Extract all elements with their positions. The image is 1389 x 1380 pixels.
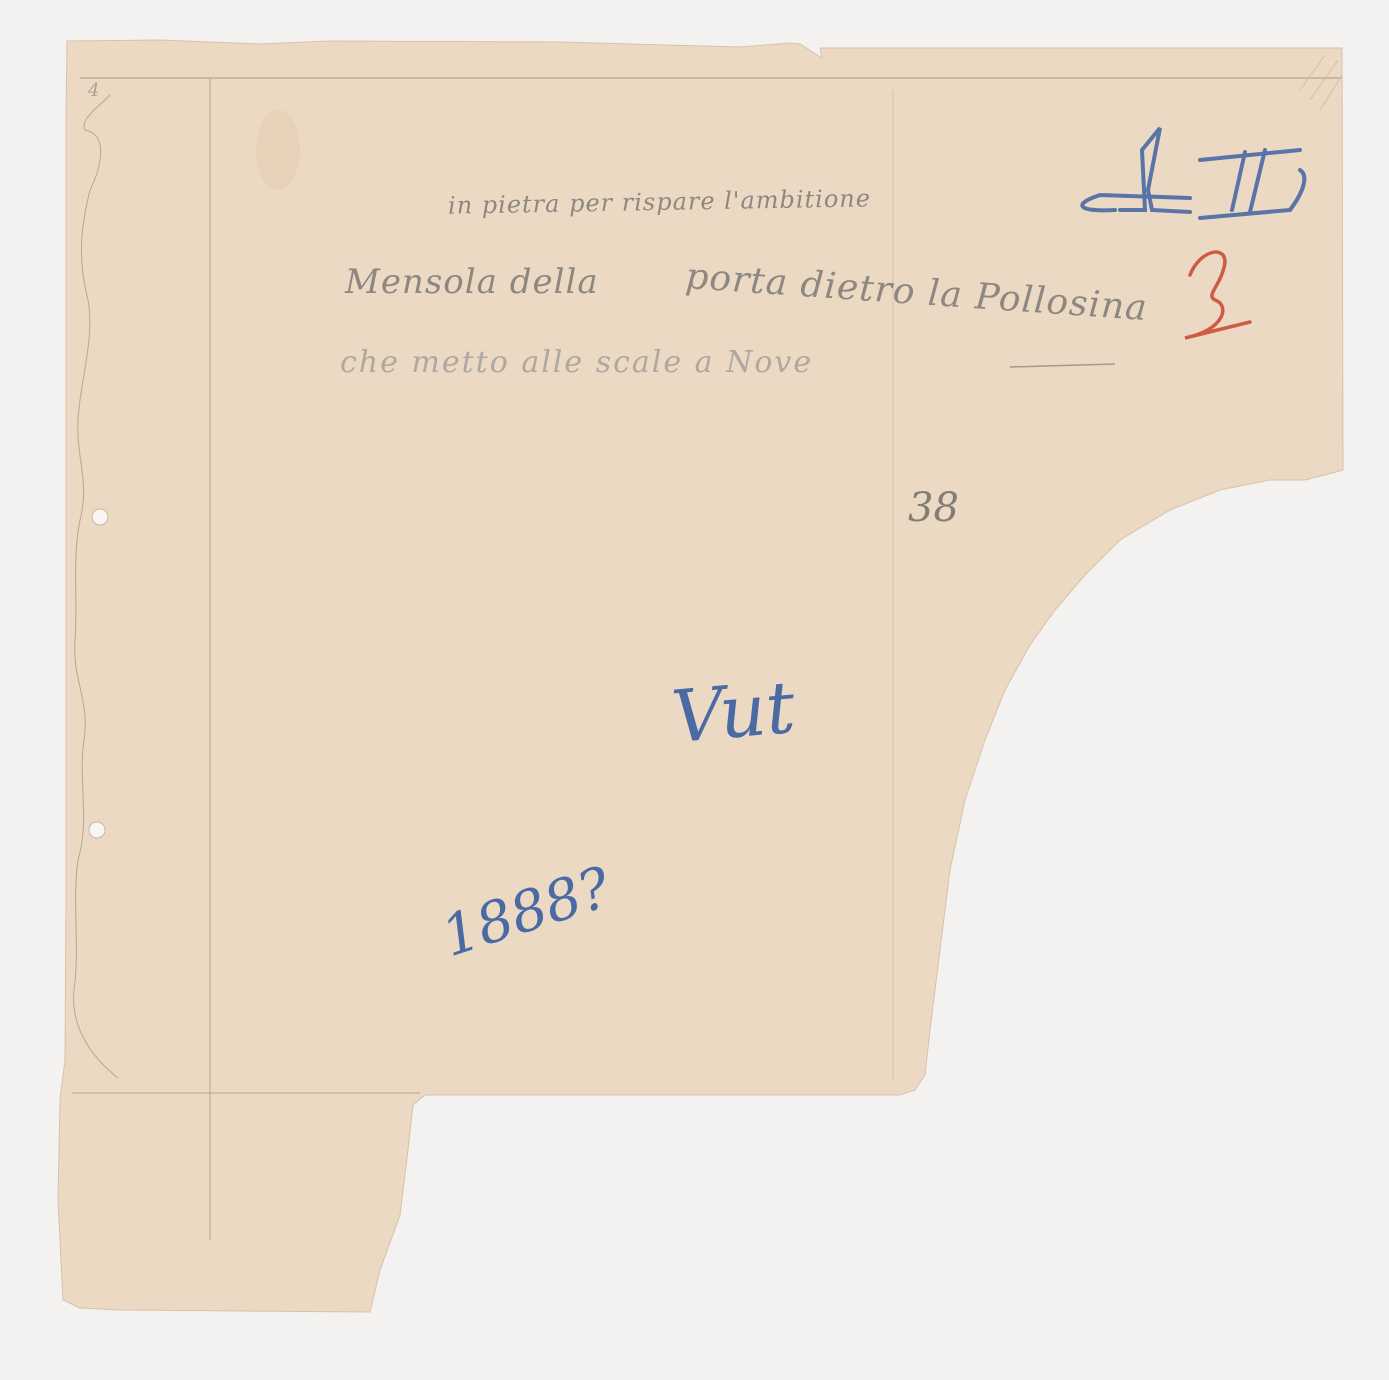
pencil-line-3: che metto alle scale a Nove xyxy=(340,345,813,380)
folio-number: 38 xyxy=(908,485,959,531)
punch-hole-lower xyxy=(89,822,105,838)
blue-note-vut: Vut xyxy=(669,665,799,759)
margin-scribble: 4 xyxy=(88,80,99,101)
pencil-line-2a: Mensola della xyxy=(345,262,599,302)
punch-hole-upper xyxy=(92,509,108,525)
